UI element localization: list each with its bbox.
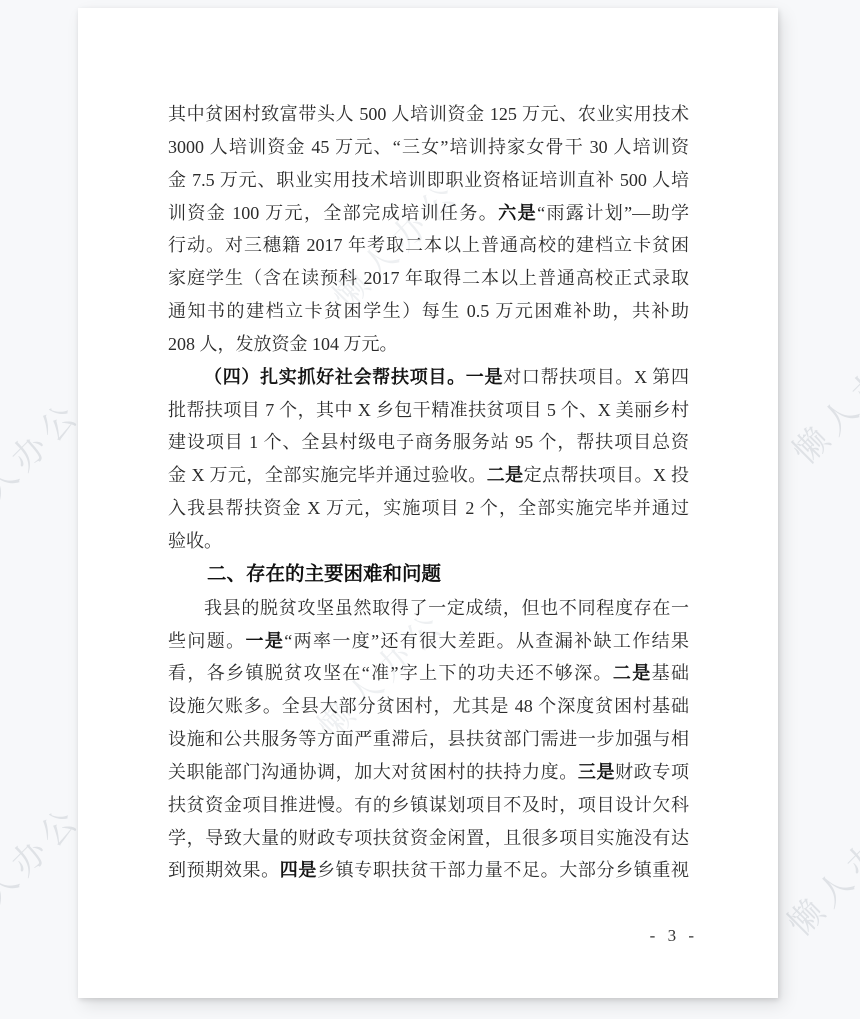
emphasis-text: 四是 xyxy=(280,860,317,880)
body-text: “两率一度”还有很大差距。从查漏补缺工作结果 xyxy=(284,631,689,651)
text-line: 设施和公共服务等方面严重滞后，县扶贫部门需进一步加强与相 xyxy=(168,723,689,756)
text-line: 208 人，发放资金 104 万元。 xyxy=(168,328,689,361)
text-line: 验收。 xyxy=(168,525,689,558)
body-text: 我县的脱贫攻坚虽然取得了一定成绩，但也不同程度存在一 xyxy=(204,598,689,618)
body-text: 关职能部门沟通协调，加大对贫困村的扶持力度。 xyxy=(168,762,578,782)
text-line: 看，各乡镇脱贫攻坚在“准”字上下的功夫还不够深。二是基础 xyxy=(168,657,689,690)
body-text: “雨露计划”—助学 xyxy=(537,203,689,223)
body-text: 金 X 万元，全部实施完毕并通过验收。 xyxy=(168,465,487,485)
text-line: 批帮扶项目 7 个，其中 X 乡包干精准扶贫项目 5 个、X 美丽乡村 xyxy=(168,394,689,427)
text-line: 3000 人培训资金 45 万元、“三女”培训持家女骨干 30 人培训资 xyxy=(168,131,689,164)
emphasis-text: 三是 xyxy=(578,762,615,782)
text-line: 其中贫困村致富带头人 500 人培训资金 125 万元、农业实用技术 xyxy=(168,98,689,131)
text-line: 金 7.5 万元、职业实用技术培训即职业资格证培训直补 500 人培 xyxy=(168,164,689,197)
emphasis-text: 二是 xyxy=(487,465,524,485)
text-line: 关职能部门沟通协调，加大对贫困村的扶持力度。三是财政专项 xyxy=(168,756,689,789)
body-text: 设施和公共服务等方面严重滞后，县扶贫部门需进一步加强与相 xyxy=(168,729,689,749)
emphasis-text: 六是 xyxy=(498,203,537,223)
watermark-text: 懒人办公 xyxy=(0,387,90,538)
body-text: 其中贫困村致富带头人 500 人培训资金 125 万元、农业实用技术 xyxy=(168,104,689,124)
page-number: - 3 - xyxy=(650,926,698,946)
text-line: 我县的脱贫攻坚虽然取得了一定成绩，但也不同程度存在一 xyxy=(168,592,689,625)
body-text: 定点帮扶项目。X 投 xyxy=(524,465,689,485)
body-text: 设施欠账多。全县大部分贫困村，尤其是 48 个深度贫困村基础 xyxy=(168,696,689,716)
text-line: 学，导致大量的财政专项扶贫资金闲置，且很多项目实施没有达 xyxy=(168,822,689,855)
body-text: 乡镇专职扶贫干部力量不足。大部分乡镇重视 xyxy=(317,860,689,880)
text-line: 家庭学生（含在读预科 2017 年取得二本以上普通高校正式录取 xyxy=(168,262,689,295)
body-text: 3000 人培训资金 45 万元、“三女”培训持家女骨干 30 人培训资 xyxy=(168,137,689,157)
text-line: 行动。对三穗籍 2017 年考取二本以上普通高校的建档立卡贫困 xyxy=(168,229,689,262)
body-text: 家庭学生（含在读预科 2017 年取得二本以上普通高校正式录取 xyxy=(168,268,689,288)
watermark-text: 懒人办公 xyxy=(0,792,90,943)
text-line: 设施欠账多。全县大部分贫困村，尤其是 48 个深度贫困村基础 xyxy=(168,690,689,723)
emphasis-text: （四）扎实抓好社会帮扶项目。一是 xyxy=(204,367,503,387)
body-text: 基础 xyxy=(652,663,689,683)
body-text: 建设项目 1 个、全县村级电子商务服务站 95 个，帮扶项目总资 xyxy=(168,432,689,452)
body-text: 入我县帮扶资金 X 万元，实施项目 2 个，全部实施完毕并通过 xyxy=(168,498,689,518)
text-line: 些问题。一是“两率一度”还有很大差距。从查漏补缺工作结果 xyxy=(168,625,689,658)
body-text: 对口帮扶项目。X 第四 xyxy=(503,367,689,387)
body-text: 训资金 100 万元，全部完成培训任务。 xyxy=(168,203,498,223)
body-text: 通知书的建档立卡贫困学生）每生 0.5 万元困难补助，共补助 xyxy=(168,301,689,321)
body-text: 扶贫资金项目推进慢。有的乡镇谋划项目不及时，项目设计欠科 xyxy=(168,795,689,815)
body-text: 208 人，发放资金 104 万元。 xyxy=(168,334,398,354)
body-text: 验收。 xyxy=(168,531,222,551)
text-line: 金 X 万元，全部实施完毕并通过验收。二是定点帮扶项目。X 投 xyxy=(168,459,689,492)
text-line: 到预期效果。四是乡镇专职扶贫干部力量不足。大部分乡镇重视 xyxy=(168,854,689,887)
emphasis-text: 一是 xyxy=(245,631,284,651)
body-text: 看，各乡镇脱贫攻坚在“准”字上下的功夫还不够深。 xyxy=(168,663,613,683)
text-line: 扶贫资金项目推进慢。有的乡镇谋划项目不及时，项目设计欠科 xyxy=(168,789,689,822)
text-line: 通知书的建档立卡贫困学生）每生 0.5 万元困难补助，共补助 xyxy=(168,295,689,328)
document-page: 懒人办公 懒人办公 其中贫困村致富带头人 500 人培训资金 125 万元、农业… xyxy=(78,8,778,998)
body-text: 批帮扶项目 7 个，其中 X 乡包干精准扶贫项目 5 个、X 美丽乡村 xyxy=(168,400,689,420)
text-line: 入我县帮扶资金 X 万元，实施项目 2 个，全部实施完毕并通过 xyxy=(168,492,689,525)
text-line: （四）扎实抓好社会帮扶项目。一是对口帮扶项目。X 第四 xyxy=(168,361,689,394)
body-text: 些问题。 xyxy=(168,631,245,651)
text-line: 建设项目 1 个、全县村级电子商务服务站 95 个，帮扶项目总资 xyxy=(168,426,689,459)
body-text: 金 7.5 万元、职业实用技术培训即职业资格证培训直补 500 人培 xyxy=(168,170,689,190)
watermark-text: 懒人办公 xyxy=(775,794,860,945)
desktop-background: 懒人办公 懒人办公 懒人办公 懒人办公 懒人办公 懒人办公 其中贫困村致富带头人… xyxy=(0,0,860,1019)
text-line: 训资金 100 万元，全部完成培训任务。六是“雨露计划”—助学 xyxy=(168,197,689,230)
emphasis-text: 二是 xyxy=(613,663,652,683)
emphasis-text: 二、存在的主要困难和问题 xyxy=(207,563,441,585)
body-text: 学，导致大量的财政专项扶贫资金闲置，且很多项目实施没有达 xyxy=(168,828,689,848)
body-text: 财政专项 xyxy=(615,762,689,782)
section-heading: 二、存在的主要困难和问题 xyxy=(168,558,689,592)
document-body: 其中贫困村致富带头人 500 人培训资金 125 万元、农业实用技术3000 人… xyxy=(168,98,689,887)
watermark-text: 懒人办公 xyxy=(780,322,860,473)
body-text: 行动。对三穗籍 2017 年考取二本以上普通高校的建档立卡贫困 xyxy=(168,235,689,255)
body-text: 到预期效果。 xyxy=(168,860,280,880)
